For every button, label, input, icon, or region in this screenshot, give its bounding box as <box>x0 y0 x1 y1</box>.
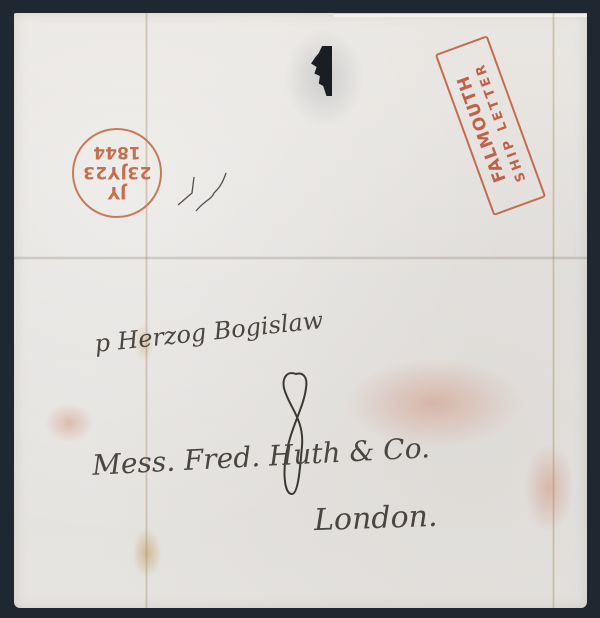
datestamp-month: JY <box>74 182 160 202</box>
address-line-1: Mess. Fred. Huth & Co. <box>91 431 430 482</box>
datestamp-day: 23JY23 <box>74 162 160 182</box>
offset-red-marks <box>524 443 574 533</box>
rate-mark-text: 8 <box>14 13 15 14</box>
foxing-stain <box>132 528 162 578</box>
circular-datestamp: JY 23JY23 1844 <box>72 128 162 218</box>
routing-instruction: p Herzog Bogislaw <box>93 306 324 358</box>
datestamp-year: 1844 <box>74 142 160 162</box>
horizontal-fold <box>14 256 587 260</box>
address-line-2: London. <box>313 499 438 538</box>
ship-letter-box: FALMOUTH SHIP LETTER <box>435 35 546 216</box>
top-flap-edge <box>334 13 587 17</box>
offset-red-marks <box>44 403 94 443</box>
ship-letter-handstamp: FALMOUTH SHIP LETTER <box>435 34 550 214</box>
docket-pencil-marks <box>174 163 234 213</box>
vertical-fold-left <box>145 13 148 608</box>
rate-mark-8 <box>276 366 316 506</box>
entire-letter: JY 23JY23 1844 FALMOUTH SHIP LETTER p He… <box>14 13 587 608</box>
